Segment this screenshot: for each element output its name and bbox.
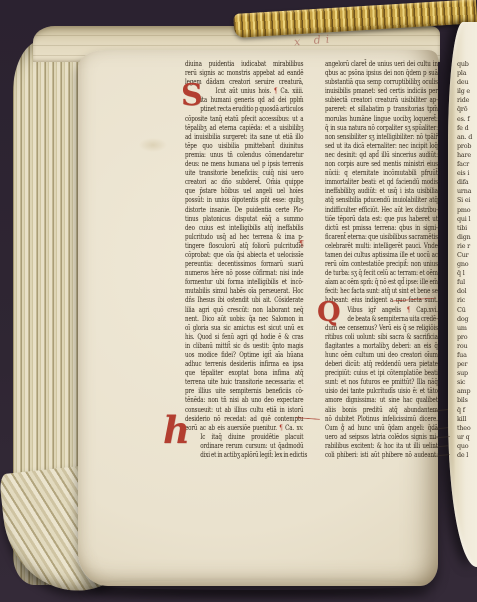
- text-line: uos modice fidei? Optime igit̄ aīa hūana: [185, 351, 303, 360]
- text-line: inuisibilis pmanet: sed certis indiciis …: [325, 87, 438, 96]
- text-line: cōprobat: que oīa q̄si abiecta et ueloci…: [185, 251, 303, 260]
- text-line: angelorū claret̄ de unius ueri dei cultu…: [325, 60, 438, 69]
- text-line: consueuit: ut ab illius cultu etiā in is…: [185, 406, 303, 415]
- text-line: terrena uite huic transitorie necessaria…: [185, 378, 303, 387]
- margin-pilcrow-mark: ¶: [299, 239, 304, 248]
- text-line: cōposite tanq̄ etatū pfecit accessibus: …: [185, 115, 303, 124]
- text-line: adhuc terrenis desideriis infirma ea ips…: [185, 360, 303, 369]
- text-line: nō dubitet Plotinus infelicissimū dicere…: [325, 415, 438, 424]
- text-line: uite transitorie beneficiis: cuiq̄ nisi …: [185, 169, 303, 178]
- text-line: sed ut ita dicā eternaliter: nec incipit…: [325, 142, 438, 151]
- text-line: es. f: [457, 115, 477, 124]
- text-line: his. Quod si fenū agri qd hodie ē & cras: [185, 333, 303, 342]
- text-line: qui l: [457, 215, 477, 224]
- text-line: precipiūt: cuius et ipi cōtemplatiōe bea…: [325, 369, 438, 378]
- text-line: mutabilis simul habēs oīa perseuerat. Ho…: [185, 287, 303, 296]
- text-line: rie r: [457, 242, 477, 251]
- text-line: coli phiberi: isti aūt phibere nō audean…: [325, 451, 438, 460]
- text-line: que p̄stare hōibus uel angeli uel hoīes: [185, 187, 303, 196]
- text-line: hare: [457, 151, 477, 160]
- text-line: qub: [457, 60, 477, 69]
- text-line: pro: [457, 333, 477, 342]
- text-line: quo: [457, 442, 477, 451]
- text-line: dictū est pmissa terrena: qbus in signi-: [325, 224, 438, 233]
- text-line: per: [457, 360, 477, 369]
- text-line: qbus ac psōna ipsius dei non q̄dem p suā: [325, 69, 438, 78]
- text-line: bils: [457, 396, 477, 405]
- text-line: subiectā creatori creaturā uisibiliter a…: [325, 96, 438, 105]
- text-line: diuina puidentia iudicabat mirabilibus: [185, 60, 303, 69]
- text-line: dol: [457, 287, 477, 296]
- text-line: Si ei: [457, 196, 477, 205]
- text-line: indifficulter efficiūt. Hec aūt lex dist…: [325, 206, 438, 215]
- text-line: fe d: [457, 124, 477, 133]
- text-line: dn̄s Ihesus ibi ostendit ubi ait. Cōside…: [185, 296, 303, 305]
- text-line: aliis bonis preditū atq̄ abundantem: [325, 406, 438, 415]
- text-line: q̄ in sua natura nō corpaliter sʒ spūali…: [325, 124, 438, 133]
- text-line: sup: [457, 369, 477, 378]
- text-line: pereuntia: decentissimos formarū suarū: [185, 260, 303, 269]
- text-line: substantiā qua semp corruptibilibʒ oculi…: [325, 78, 438, 87]
- text-line: nec desinit: qd apd̄ illū sincerius audi…: [325, 151, 438, 160]
- text-line: sunt: et nos futuros ee pmittūt? Illa nā…: [325, 378, 438, 387]
- text-line: tēnēda: non tn̄ nisi ab uno deo expectar…: [185, 396, 303, 405]
- text-line: deus: ne mens humana uel p ipsis terreni…: [185, 160, 303, 169]
- text-line: nūcii: q eternitate incōmutabili pfruūt̄: [325, 169, 438, 178]
- text-line: lilia agri quō crescūt: non laborant neq…: [185, 306, 303, 315]
- text-line: rerū oīm contestatiōe precipit̄: non uni…: [325, 260, 438, 269]
- text-line: de turba: sʒ q̄ fecit celū ac terram: et…: [325, 269, 438, 278]
- text-line: in clibanū mittit̄ sic ds uestit: q̄nto …: [185, 342, 303, 351]
- text-line: rerū signis ac monstris appebat ad eandē: [185, 69, 303, 78]
- open-page: diuina puidentia iudicabat mirabilibusre…: [78, 50, 438, 586]
- text-line: Ic itaq̄ diuine prouidētie placuit: [185, 433, 303, 442]
- text-line: rou: [457, 342, 477, 351]
- text-line: premia: unus tn̄ colendus cōmendaretur: [185, 151, 303, 160]
- text-line: que tēpaliter exoptat bona infima atq̄: [185, 369, 303, 378]
- text-line: ineffabilibʒ audiūt: et usq̄ i ista uisi…: [325, 187, 438, 196]
- text-line: Cum g̊ ad hunc unū q̄dam angeli: q̄dā: [325, 424, 438, 433]
- text-column-right: angelorū claret̄ de unius ueri dei cultu…: [325, 60, 466, 460]
- book-photo: diuina puidentia iudicabat mirabilibusre…: [0, 0, 477, 602]
- text-line: tēpalibʒ ad eterna capiēda: et a uisibil…: [185, 124, 303, 133]
- text-line: uisio dei tante pulcritudīs uisio ē: et …: [325, 387, 438, 396]
- text-line: pareret: et sillabatim p transitorias tp…: [325, 105, 438, 114]
- text-column-left: diuina puidentia iudicabat mirabilibusre…: [185, 60, 333, 460]
- text-line: ita humani generis qd ad dei pplm̄: [185, 96, 303, 105]
- text-line: tingere flosculorū atq̄ foliorū pulcritu…: [185, 242, 303, 251]
- text-line: hunc oēm cultum uni deo creatori oīum: [325, 351, 438, 360]
- text-line: fua: [457, 351, 477, 360]
- text-line: dign: [457, 233, 477, 242]
- text-line: amp: [457, 387, 477, 396]
- text-line: pre illius uite sempiternis beneficiis c…: [185, 387, 303, 396]
- text-line: kill: [457, 415, 477, 424]
- text-line: legem dādam creatori seruire creaturā,: [185, 78, 303, 87]
- text-line: non corpis aure sed mentis ministri eius: [325, 160, 438, 169]
- text-line: flagitantes a mortalibʒ deberi: an eis q…: [325, 342, 438, 351]
- text-line: dixi et in actibʒ aplōrū legit̄: lex in …: [185, 451, 303, 460]
- text-line: oī gloria sua sic amictus est sicut unū …: [185, 324, 303, 333]
- text-line: q̄ l: [457, 269, 477, 278]
- text-line: ride: [457, 96, 477, 105]
- text-line: aīam ac oēm spm̄: q̄ nō est qd̄ ipse: il…: [325, 278, 438, 287]
- text-line: difa: [457, 178, 477, 187]
- facing-page-text-fragments: qubpladeuilg erideq̄rōes. ffe dan. dprob…: [457, 60, 477, 460]
- text-line: amore dignissima: ut sine hac qualibet: [325, 396, 438, 405]
- text-line: ritibus coli uolunt: sibi sacra & sacrif…: [325, 333, 438, 342]
- rubric-initial-s: S: [181, 81, 203, 111]
- text-line: possūt: in unius ōipotentis pn̄t esse: q…: [185, 196, 303, 205]
- text-line: deo cuius est intelligibilis atq̄ ineffa…: [185, 224, 303, 233]
- text-line: Cū: [457, 306, 477, 315]
- text-line: tiōe tēporū data est: que pus haberet ut: [325, 215, 438, 224]
- text-line: immortaliter beati: et qd faciendū modis: [325, 178, 438, 187]
- text-line: uero ad seipsos latria colēdos signis mi…: [325, 433, 438, 442]
- text-line: creatori ac dn̄o subderet̄. Om̄ia quippe: [185, 178, 303, 187]
- text-line: Cur: [457, 251, 477, 260]
- text-line: tibi: [457, 224, 477, 233]
- text-line: distorte insanie. De puidentia certe Plo…: [185, 206, 303, 215]
- text-line: atq̄ sensibilia pducendū inuiolabiliter …: [325, 196, 438, 205]
- text-line: ilg e: [457, 87, 477, 96]
- text-line: celebrarēt multi: intelligerēt pauci. Vn…: [325, 242, 438, 251]
- text-line: ordinare rerum cursum: ut q̄admodū: [185, 442, 303, 451]
- text-line: non sensibiliter sʒ intelligibiliter: nō…: [325, 133, 438, 142]
- rubric-mark: ¶: [407, 306, 410, 314]
- text-line: q̄ f: [457, 406, 477, 415]
- text-line: um: [457, 324, 477, 333]
- text-line: nent. Dico aūt uobis: q̄a nec Salomon in: [185, 315, 303, 324]
- text-line: rabilibus excitent: & hoc ita ut illi ue…: [325, 442, 438, 451]
- text-line: de beata & sempiterna uita credē-: [325, 315, 438, 324]
- text-line: ad inuisibilia surgeret: ita sane ut eti…: [185, 133, 303, 142]
- text-line: deu: [457, 78, 477, 87]
- text-line: facr: [457, 160, 477, 169]
- text-line: dum ee censemus? Verū eis q̄ se religiōi…: [325, 324, 438, 333]
- text-line: q̄rō: [457, 105, 477, 114]
- text-line: pulcritudo usq̄ ad hec terrena & ima p-: [185, 233, 303, 242]
- text-line: Vibus igr̄ angelis ¶ Cap.xvi.: [325, 306, 438, 315]
- text-line: numeros hēre nō posse cōfirmat: nisi ind…: [185, 269, 303, 278]
- text-line: tēpe quo uisibilia pmittebant̄ diuinitus: [185, 142, 303, 151]
- text-line: fecit: hec facta sunt: atq̄ ut sint et b…: [325, 287, 438, 296]
- text-line: tamen dei cultus aptissima ille et uocū …: [325, 251, 438, 260]
- text-line: desiderio nō recedat: ad quē contemptu: [185, 415, 303, 424]
- text-line: theo: [457, 424, 477, 433]
- text-line: ric: [457, 296, 477, 305]
- text-line: pmo: [457, 206, 477, 215]
- text-line: morulas humāne lingue uocibʒ loqueret̄:: [325, 115, 438, 124]
- text-line: eorū ac ab eis auersiōe puenitur. ¶ Ca. …: [185, 424, 303, 433]
- text-line: ful: [457, 278, 477, 287]
- text-line: ptinet recta eruditio p quosdā articulos: [185, 105, 303, 114]
- text-line: eis i: [457, 169, 477, 178]
- rubric-mark: ¶: [279, 424, 282, 432]
- text-line: prob: [457, 142, 477, 151]
- text-line: urna: [457, 187, 477, 196]
- text-line: Icut aūt unius hois. ¶ Ca. xiiii.: [185, 87, 303, 96]
- text-line: gno: [457, 260, 477, 269]
- rubric-initial-q: Q: [317, 299, 341, 326]
- text-line: ficarent̄ eterna: que uisibilibus sacram…: [325, 233, 438, 242]
- text-line: tinus platonicus disputat eāq̄ a summo: [185, 215, 303, 224]
- text-line: dog: [457, 315, 477, 324]
- text-line: an. d: [457, 133, 477, 142]
- text-line: deberi dicūt: atq̄ reddendū uera pietate: [325, 360, 438, 369]
- text-line: de l: [457, 451, 477, 460]
- text-line: pla: [457, 69, 477, 78]
- text-line: formentur ubi forma intelligibilis et in…: [185, 278, 303, 287]
- text-line: ur q: [457, 433, 477, 442]
- rubric-mark: ¶: [274, 87, 277, 95]
- text-line: sic: [457, 378, 477, 387]
- rubric-initial-h: h: [163, 412, 190, 449]
